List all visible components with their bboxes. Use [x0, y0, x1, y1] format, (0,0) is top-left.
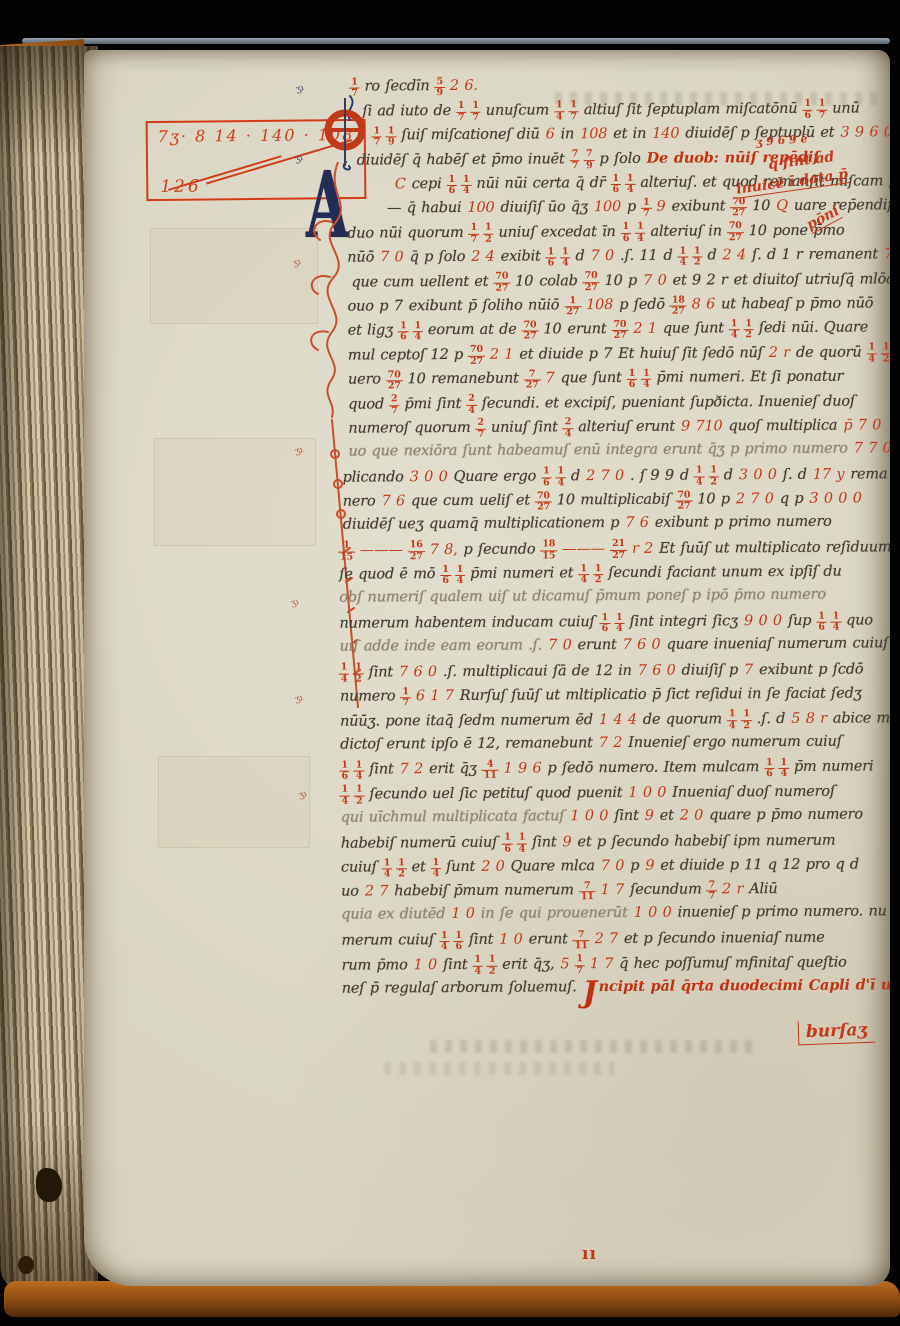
- red-ink-text: 1 7: [601, 882, 625, 898]
- fraction: 16: [802, 99, 813, 121]
- red-ink-text: 3 0 0: [739, 467, 777, 483]
- red-ink-text: 7 2: [400, 762, 424, 778]
- fraction-denominator: 4: [578, 575, 588, 586]
- black-ink-text: Inueniaſ duoſ numeroſ: [672, 783, 835, 800]
- quire-mark: ıı: [582, 1244, 597, 1264]
- fraction-denominator: 11: [573, 941, 590, 952]
- fraction-numerator: 1: [741, 709, 751, 721]
- fraction-denominator: 7: [476, 430, 486, 441]
- fraction-denominator: 27: [727, 233, 744, 244]
- black-ink-text: in: [561, 126, 575, 142]
- black-ink-text: exibunt p̄ ſoliho nūiō: [409, 297, 560, 314]
- fraction: 711: [579, 881, 596, 903]
- fraction: 727: [524, 369, 541, 391]
- fraction: 24: [466, 394, 477, 416]
- red-ink-text: 7 6: [381, 493, 405, 509]
- black-ink-text: d: [707, 248, 716, 264]
- ink-blot: [36, 1168, 62, 1202]
- fraction: 14: [635, 222, 646, 244]
- black-ink-text: qui uīchmul multiplicata factuſ: [341, 808, 565, 825]
- book-top-edge: [22, 38, 890, 44]
- fraction: 14: [641, 368, 652, 390]
- red-ink-text: 100: [594, 199, 621, 215]
- red-ink-text: ———: [360, 542, 403, 558]
- fraction: 12: [708, 466, 719, 488]
- fraction: 14: [339, 785, 350, 807]
- fraction: 14: [354, 760, 365, 782]
- red-ink-text: 2 1: [490, 346, 514, 362]
- text-line: neſ p̄ regulaſ arborum ſoluemuſ.Jncipit …: [339, 977, 890, 1005]
- text-line: et ligʒ1614eorum at de702710erunt70272 1…: [335, 318, 890, 346]
- fraction-denominator: 4: [831, 623, 841, 634]
- fraction: 14: [339, 663, 350, 685]
- black-ink-text: .ſ. multiplicaui ſā de 12 in: [443, 663, 632, 680]
- fraction: 17: [817, 99, 828, 121]
- fraction-denominator: 4: [413, 333, 423, 344]
- black-ink-text: Quare mlca: [511, 858, 595, 875]
- black-ink-text: .ſ. d: [757, 711, 786, 727]
- fraction-denominator: 6: [764, 769, 774, 780]
- black-ink-text: ſint: [443, 956, 467, 972]
- fraction-numerator: 70: [583, 271, 600, 283]
- fraction: 14: [382, 858, 393, 880]
- red-ink-text: 2 1: [633, 321, 657, 337]
- black-ink-text: neſ p̄ regulaſ arborum ſoluemuſ.: [342, 980, 577, 997]
- black-ink-text: d: [575, 248, 584, 264]
- black-ink-text: habebiſ numerū cuiuſ: [341, 834, 498, 851]
- text-line: merum cuiuſ1416ſint1 0erunt7112 7et p ſe…: [338, 928, 890, 956]
- red-ink-text: 7 6 0: [399, 664, 437, 680]
- red-ink-text: 2 0: [481, 859, 505, 875]
- fraction-denominator: 6: [621, 234, 631, 245]
- black-ink-text: numeroſ quorum: [348, 420, 470, 437]
- fraction-denominator: 2: [692, 258, 702, 269]
- text-line: uiſ adde inde eam eorum .ſ.7 0erunt7 6 0…: [337, 635, 890, 663]
- fraction-numerator: 1: [727, 709, 737, 721]
- fraction: 7027: [535, 491, 552, 513]
- fraction: 12: [353, 663, 364, 685]
- fraction-denominator: 27: [610, 551, 627, 562]
- black-ink-text: eorum at de: [428, 322, 517, 339]
- fraction: 14: [555, 467, 566, 489]
- black-ink-text: et diuitoſ utriuſq̄ mlōa: [734, 271, 890, 288]
- black-ink-text: alteriuſ erunt: [578, 419, 675, 436]
- black-ink-text: ſecundi. et excipiſ, pueniant ſupðicta. …: [482, 393, 855, 411]
- fraction: 14: [461, 174, 472, 196]
- fraction-denominator: 7: [400, 698, 410, 709]
- fraction-denominator: 4: [625, 185, 635, 196]
- show-through-text: [384, 1062, 614, 1075]
- black-ink-text: quare inueniaſ numerum cuiuſ: [667, 635, 889, 652]
- black-ink-text: quia ex diutēd: [341, 906, 445, 923]
- fraction: 17: [574, 954, 585, 976]
- red-ink-text: 6: [546, 127, 555, 143]
- red-ink-text: 2 7 0: [736, 491, 774, 507]
- red-ink-text: 7: [884, 246, 890, 262]
- text-line: 115———16277 8,p ſecundo1815———2127r 2Et …: [336, 538, 890, 566]
- fraction: 59: [434, 77, 445, 99]
- fraction-denominator: 27: [408, 552, 425, 563]
- fraction-numerator: 2: [389, 394, 399, 406]
- black-ink-text: ſecundum: [630, 882, 702, 898]
- black-ink-text: quo: [846, 612, 873, 628]
- text-line: diuidēſ ueʒ quamq̄ multiplicationem p7 6…: [336, 513, 890, 541]
- text-line: ſi ad iuto de1717unuſcum1417altiuſ ſit ſ…: [333, 99, 889, 127]
- fraction-denominator: 27: [612, 331, 629, 342]
- red-ink-text: 2 r: [769, 345, 790, 361]
- black-ink-text: uo: [341, 884, 359, 900]
- black-ink-text: d: [571, 468, 580, 484]
- text-line: plicando3 0 0Quare ergo1614d2 7 0. ſ 9 9…: [336, 465, 890, 493]
- black-ink-text: p: [627, 199, 636, 215]
- red-ink-text: 6 1 7: [416, 688, 454, 704]
- red-ink-text: 7 2: [599, 735, 623, 751]
- black-ink-text: uniuſ ſint: [491, 419, 558, 435]
- black-ink-text: p̄mi numeri. Et ſi ponatur: [656, 369, 843, 386]
- black-ink-text: ſint: [532, 834, 556, 850]
- fraction: 12: [741, 709, 752, 731]
- text-block: 17ro ſecdīn592 6.ſi ad iuto de1717unuſcu…: [333, 74, 890, 1004]
- fraction: 14: [866, 343, 877, 365]
- fraction-denominator: 27: [522, 332, 539, 343]
- fraction-denominator: 27: [493, 283, 510, 294]
- fraction: 16: [621, 222, 632, 244]
- fraction-denominator: 6: [802, 111, 812, 122]
- fraction: 14: [560, 247, 571, 269]
- black-ink-text: numerum habentem inducam cuiuſ: [339, 614, 594, 632]
- fraction-denominator: 4: [563, 429, 573, 440]
- fraction-denominator: 6: [600, 624, 610, 635]
- fraction: 14: [831, 611, 842, 633]
- black-ink-text: exibunt p ſcdō: [759, 661, 863, 678]
- black-ink-text: exibunt p primo numero: [655, 514, 832, 531]
- black-ink-text: p̄mi ſint: [404, 395, 461, 411]
- fraction-denominator: 4: [866, 354, 876, 365]
- red-ink-text: 140: [652, 126, 679, 142]
- black-ink-text: 10: [515, 273, 533, 289]
- fraction-denominator: 27: [524, 381, 541, 392]
- fraction-numerator: 1: [487, 955, 497, 967]
- black-ink-text: cuiuſ: [341, 859, 377, 875]
- black-ink-text: ſint integri ſicʒ: [629, 613, 738, 630]
- fraction-denominator: 4: [554, 112, 564, 123]
- fraction-denominator: 6: [610, 185, 620, 196]
- red-ink-text: 1 7: [590, 956, 614, 972]
- black-ink-text: 10 p: [697, 491, 730, 507]
- fraction: 115: [338, 541, 355, 563]
- fraction-denominator: 4: [339, 674, 349, 685]
- black-ink-text: et p ſecundo inueniaſ nume: [624, 930, 825, 947]
- fraction-denominator: 6: [440, 576, 450, 587]
- black-ink-text: 10: [543, 322, 561, 338]
- black-ink-text: d: [724, 467, 733, 483]
- black-ink-text: in ſe qui prouenerūt: [481, 905, 628, 922]
- fraction-denominator: 4: [466, 405, 476, 416]
- fraction-denominator: 4: [461, 186, 471, 197]
- text-line: dictoſ erunt ipſo ē 12, remanebunt7 2Inu…: [337, 733, 890, 761]
- fraction-denominator: 4: [354, 772, 364, 783]
- text-line: 1614ſint7 2erit q̄ʒ4111 9 6p ſedō numero…: [337, 757, 890, 785]
- black-ink-text: nero: [343, 494, 376, 510]
- fraction-denominator: 7: [389, 406, 399, 417]
- fraction-denominator: 6: [398, 333, 408, 344]
- red-ink-text: ———: [562, 541, 605, 557]
- black-ink-text: d: [680, 467, 689, 483]
- parchment-page: 7ʒ· 8 14 · 140 · 108 126 A: [84, 50, 890, 1286]
- black-ink-text: uero: [348, 372, 381, 388]
- red-ink-text: 7 0: [591, 248, 615, 264]
- black-ink-text: d: [663, 248, 672, 264]
- black-ink-text: ouo p 7: [348, 298, 403, 314]
- black-ink-text: uare rep̄endiſ: [794, 198, 890, 215]
- red-ink-text: 1 0: [414, 957, 438, 973]
- text-line: mul ceptoſ 12 p70272 1et diuide p 7Et hu…: [335, 343, 890, 371]
- fraction: 14: [678, 246, 689, 268]
- fraction-numerator: 1: [517, 833, 527, 845]
- fraction-numerator: 2: [466, 394, 476, 406]
- fraction-denominator: 15: [540, 551, 557, 562]
- fraction: 16: [546, 247, 557, 269]
- fraction: 14: [625, 173, 636, 195]
- fraction: 27: [389, 394, 400, 416]
- black-ink-text: de quorū: [796, 344, 862, 360]
- fraction-numerator: 1: [502, 833, 512, 845]
- black-ink-text: p ſedō numero. Item mulcam: [547, 759, 759, 776]
- text-line: habebiſ numerū cuiuſ1614ſint9et p ſecund…: [338, 830, 890, 858]
- fraction-denominator: 6: [447, 186, 457, 197]
- fraction: 2127: [610, 539, 627, 561]
- black-ink-text: 10 multiplicabiſ: [557, 492, 671, 509]
- red-ink-text: 7 6: [625, 515, 649, 531]
- black-ink-text: Et ſuūſ ut multiplicato reſiduum: [659, 539, 890, 556]
- fraction-denominator: 4: [694, 477, 704, 488]
- fraction: 411: [482, 760, 499, 782]
- fraction-denominator: 9: [584, 161, 594, 172]
- fraction: 14: [472, 955, 483, 977]
- fraction-denominator: 4: [556, 478, 566, 489]
- text-line: numero176 1 7Rurſuſ ſuūſ ut mltiplicatio…: [337, 684, 890, 712]
- fraction: 17: [470, 101, 481, 123]
- fraction: 17: [456, 101, 467, 123]
- fraction-denominator: 2: [741, 721, 751, 732]
- fraction: 7027: [583, 271, 600, 293]
- text-line: obſ numeriſ qualem uiſ ut dicamuſ p̄mum …: [336, 587, 890, 615]
- fraction: 16: [541, 467, 552, 489]
- show-through-box: [154, 438, 316, 546]
- fraction-denominator: 4: [641, 380, 651, 391]
- red-ink-text: 7: [545, 370, 554, 386]
- black-ink-text: cepi: [412, 176, 442, 192]
- fraction: 79: [584, 149, 595, 171]
- fraction-denominator: 6: [546, 259, 556, 270]
- black-ink-text: q̄ hec poſſumuſ mfinitaſ queſtio: [619, 954, 847, 971]
- fraction: 16: [398, 321, 409, 343]
- black-ink-text: quare p p̄mo numero: [709, 806, 863, 823]
- fraction: 16: [339, 761, 350, 783]
- fraction-denominator: 4: [431, 869, 441, 880]
- black-ink-text: inuenieſ p primo numero. nu: [678, 904, 887, 921]
- fraction-denominator: 7: [574, 966, 584, 977]
- fraction-denominator: 9: [386, 138, 396, 149]
- fraction-denominator: 2: [708, 477, 718, 488]
- rubric-text: J: [583, 976, 597, 1011]
- black-ink-text: ſ. d: [783, 467, 807, 483]
- black-ink-text: que cum uellent et: [351, 273, 488, 290]
- show-through-text: [430, 1040, 760, 1053]
- fraction-denominator: 6: [339, 772, 349, 783]
- black-ink-text: p̄m numeri: [794, 759, 874, 775]
- black-ink-text: habebiſ p̄mum numerum: [394, 883, 574, 900]
- manuscript-photo: 7ʒ· 8 14 · 140 · 108 126 A: [0, 0, 900, 1326]
- black-ink-text: ut habeaſ p p̄mo nūō: [721, 295, 873, 312]
- black-ink-text: ſi ad iuto de: [362, 103, 451, 120]
- red-ink-text: 9 0 0: [744, 613, 782, 629]
- red-ink-text: 9: [562, 834, 571, 850]
- fraction: 16: [453, 931, 464, 953]
- fraction: 14: [431, 858, 442, 880]
- red-ink-text: 2 0: [680, 807, 704, 823]
- fraction-denominator: 4: [678, 258, 688, 269]
- black-ink-text: mul ceptoſ 12 p: [348, 347, 463, 364]
- black-ink-text: 10 remanebunt: [408, 371, 519, 388]
- red-ink-text: 2 r: [722, 882, 743, 898]
- fraction: 16: [816, 611, 827, 633]
- leather-cover-bottom: [4, 1281, 900, 1317]
- black-ink-text: — q̄ habui: [387, 200, 462, 216]
- black-ink-text: et 9 2 r: [673, 272, 728, 288]
- black-ink-text: uiſ adde inde eam eorum .ſ.: [340, 637, 543, 654]
- fraction-denominator: 2: [881, 354, 890, 365]
- fraction: 17: [349, 78, 360, 100]
- black-ink-text: duo nūi quorum: [347, 225, 464, 242]
- fraction-denominator: 2: [593, 575, 603, 586]
- black-ink-text: ſint: [469, 932, 493, 948]
- black-ink-text: remanent: [809, 247, 879, 263]
- fraction: 16: [447, 175, 458, 197]
- fraction-denominator: 2: [354, 796, 364, 807]
- fraction: 17: [371, 126, 382, 148]
- fraction-denominator: 6: [453, 942, 463, 953]
- fraction: 14: [439, 931, 450, 953]
- red-ink-text: 1 0 0: [570, 808, 608, 824]
- text-line: uo2 7habebiſ p̄mum numerum7111 7ſecundum…: [338, 879, 890, 907]
- text-line: nūūʒ. pone itaq̄ ſedm numerum ēd1 4 4de …: [337, 708, 890, 736]
- black-ink-text: et diuide p 7: [519, 346, 612, 363]
- black-ink-text: Et huiuſ ſit ſedō nūſ: [618, 345, 763, 362]
- fraction: 711: [573, 930, 590, 952]
- fraction: 17: [469, 223, 480, 245]
- black-ink-text: ſecundo uel ſic petituſ quod puenit: [369, 785, 622, 803]
- black-ink-text: Inuenieſ ergo numerum cuiuſ: [628, 733, 842, 750]
- text-line: numerum habentem inducam cuiuſ1614ſint i…: [336, 611, 890, 639]
- fraction-denominator: 7: [568, 112, 578, 123]
- black-ink-text: Rurſuſ ſuūſ ut mltiplicatio p̄ ſict reſi…: [460, 686, 862, 704]
- black-ink-text: rema: [850, 466, 887, 482]
- black-ink-text: exibunt: [671, 199, 725, 215]
- black-ink-text: ſuiſ miſcationeſ diū: [401, 127, 539, 144]
- red-ink-text: 5 8 r: [791, 710, 827, 726]
- fraction-denominator: 4: [727, 721, 737, 732]
- fraction: 1827: [670, 295, 687, 317]
- text-line: uo que nexiōra ſunt habeamuſ enū integra…: [335, 440, 890, 468]
- red-ink-text: 9: [645, 858, 654, 874]
- fraction: 12: [487, 955, 498, 977]
- rubric-text: ncipit pāl q̄rta duodecimi Capli d'ī uēn…: [599, 977, 890, 996]
- black-ink-text: ſedi nūi. Quare: [759, 320, 869, 337]
- fraction: 12: [881, 343, 890, 365]
- red-ink-text: 7 0: [548, 637, 572, 653]
- black-ink-text: colab: [539, 273, 578, 289]
- black-ink-text: nūō: [347, 250, 374, 266]
- fraction-denominator: 7: [372, 138, 382, 149]
- fraction: 17: [568, 101, 579, 123]
- red-ink-text: 9: [645, 807, 654, 823]
- red-ink-text: 1 9 6: [504, 761, 542, 777]
- red-ink-text: C: [395, 176, 406, 192]
- text-line: nūō7 0q̄ p ſolo2 4exibit1614d7 0.ſ. 11d1…: [334, 245, 890, 273]
- black-ink-text: diuiſiſ ūo q̄ʒ: [500, 200, 588, 217]
- fraction: 16: [764, 758, 775, 780]
- red-ink-text: 2 6.: [450, 78, 478, 94]
- fraction-denominator: 4: [614, 624, 624, 635]
- fraction: 7027: [730, 197, 747, 219]
- red-ink-text: 108: [586, 297, 613, 313]
- fraction: 14: [554, 101, 565, 123]
- black-ink-text: et in: [613, 126, 646, 142]
- black-ink-text: de quorum: [643, 711, 722, 727]
- fraction-numerator: 1: [694, 466, 704, 478]
- fraction-numerator: 70: [493, 272, 510, 284]
- red-ink-text: 8 6: [692, 296, 716, 312]
- black-ink-text: q p: [780, 491, 804, 507]
- fraction-denominator: 11: [579, 892, 596, 903]
- black-ink-text: abice m: [833, 710, 890, 726]
- black-ink-text: 10: [752, 198, 770, 214]
- fraction: 12: [593, 564, 604, 586]
- fraction: 14: [455, 565, 466, 587]
- black-ink-text: et ligʒ: [348, 323, 393, 339]
- black-ink-text: erunt: [529, 931, 568, 947]
- fraction: 14: [729, 319, 740, 341]
- fraction-denominator: 27: [670, 307, 687, 318]
- red-ink-text: p̄ 7 0: [843, 417, 881, 433]
- fraction-denominator: 4: [382, 869, 392, 880]
- fraction-denominator: 2: [353, 674, 363, 685]
- black-ink-text: diuidēſ q̄ habēſ et p̄mo inuēt: [357, 151, 565, 168]
- red-ink-text: 1 4 4: [599, 711, 637, 727]
- show-through-box: [150, 228, 318, 324]
- black-ink-text: .ſ. 11: [620, 248, 658, 264]
- text-line: quia ex diutēd1 0in ſe qui prouenerūt1 0…: [338, 904, 890, 932]
- fraction: 14: [412, 321, 423, 343]
- fraction-denominator: 4: [472, 966, 482, 977]
- fraction-denominator: 4: [439, 942, 449, 953]
- red-ink-text: 7 8,: [430, 542, 458, 558]
- red-ink-text: Q: [776, 198, 788, 214]
- fraction-denominator: 7: [469, 235, 479, 246]
- fraction: 17: [400, 687, 411, 709]
- fraction-numerator: 7: [570, 149, 580, 161]
- black-ink-text: dictoſ erunt ipſo ē 12, remanebunt: [340, 735, 593, 753]
- fraction: 127: [564, 296, 581, 318]
- red-ink-text: 17 y: [813, 466, 845, 482]
- fraction-numerator: 1: [555, 467, 565, 479]
- red-ink-text: 108: [580, 126, 607, 142]
- black-ink-text: obſ numeriſ qualem uiſ ut dicamuſ p̄mum …: [339, 587, 826, 606]
- fraction: 14: [578, 564, 589, 586]
- fraction: 7027: [727, 222, 744, 244]
- fraction-denominator: 4: [455, 576, 465, 587]
